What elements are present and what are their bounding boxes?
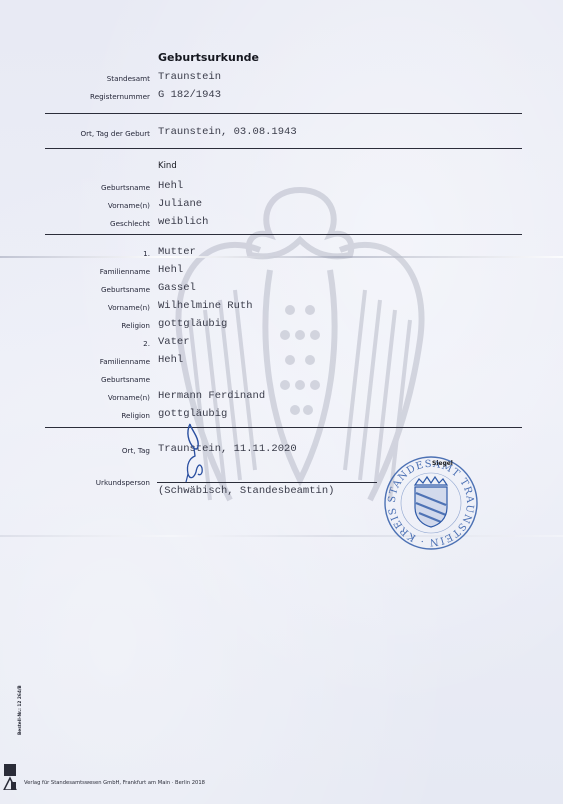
father-religion-label: Religion (0, 411, 150, 420)
child-sex-label: Geschlecht (0, 219, 150, 228)
registrar-value: (Schwäbisch, Standesbeamtin) (158, 485, 334, 497)
father-number: 2. (0, 339, 150, 348)
mother-religion-value: gottgläubig (158, 318, 227, 330)
standesamt-label: Standesamt (0, 74, 150, 83)
divider (45, 148, 522, 149)
divider (45, 113, 522, 114)
issue-place-date-label: Ort, Tag (0, 446, 150, 455)
mother-birthname-label: Geburtsname (0, 285, 150, 294)
father-familyname-label: Familienname (0, 357, 150, 366)
mother-familyname-value: Hehl (158, 264, 183, 276)
birth-place-date-label: Ort, Tag der Geburt (0, 129, 150, 138)
mother-religion-label: Religion (0, 321, 150, 330)
child-sex-value: weiblich (158, 216, 208, 228)
mother-firstname-value: Wilhelmine Ruth (158, 300, 253, 312)
child-firstname-value: Juliane (158, 198, 202, 210)
handwritten-signature-icon (176, 422, 216, 484)
registernummer-value: G 182/1943 (158, 89, 221, 101)
father-familyname-value: Hehl (158, 354, 183, 366)
child-firstname-label: Vorname(n) (0, 201, 150, 210)
publisher-logo-icon (3, 764, 17, 790)
seal-label: Siegel (432, 460, 453, 467)
father-birthname-label: Geburtsname (0, 375, 150, 384)
mother-number: 1. (0, 249, 150, 258)
mother-section-title: Mutter (158, 246, 196, 258)
child-section-title: Kind (158, 161, 177, 171)
mother-birthname-value: Gassel (158, 282, 196, 294)
registrar-label: Urkundsperson (0, 478, 150, 487)
child-birthname-label: Geburtsname (0, 183, 150, 192)
father-firstname-label: Vorname(n) (0, 393, 150, 402)
divider (45, 427, 522, 428)
official-seal-icon: STANDESAMT TRAUNSTEIN · KREIS · BAYERN · (383, 455, 479, 551)
divider (45, 234, 522, 235)
mother-familyname-label: Familienname (0, 267, 150, 276)
registernummer-label: Registernummer (0, 92, 150, 101)
birth-place-date-value: Traunstein, 03.08.1943 (158, 126, 297, 138)
standesamt-value: Traunstein (158, 71, 221, 83)
father-religion-value: gottgläubig (158, 408, 227, 420)
publisher-footer: Verlag für Standesamtswesen GmbH, Frankf… (24, 780, 205, 786)
document-title: Geburtsurkunde (158, 51, 259, 64)
mother-firstname-label: Vorname(n) (0, 303, 150, 312)
father-section-title: Vater (158, 336, 190, 348)
father-firstname-value: Hermann Ferdinand (158, 390, 265, 402)
child-birthname-value: Hehl (158, 180, 183, 192)
order-number: Bestell-Nr.: 12 264/B (18, 685, 23, 735)
